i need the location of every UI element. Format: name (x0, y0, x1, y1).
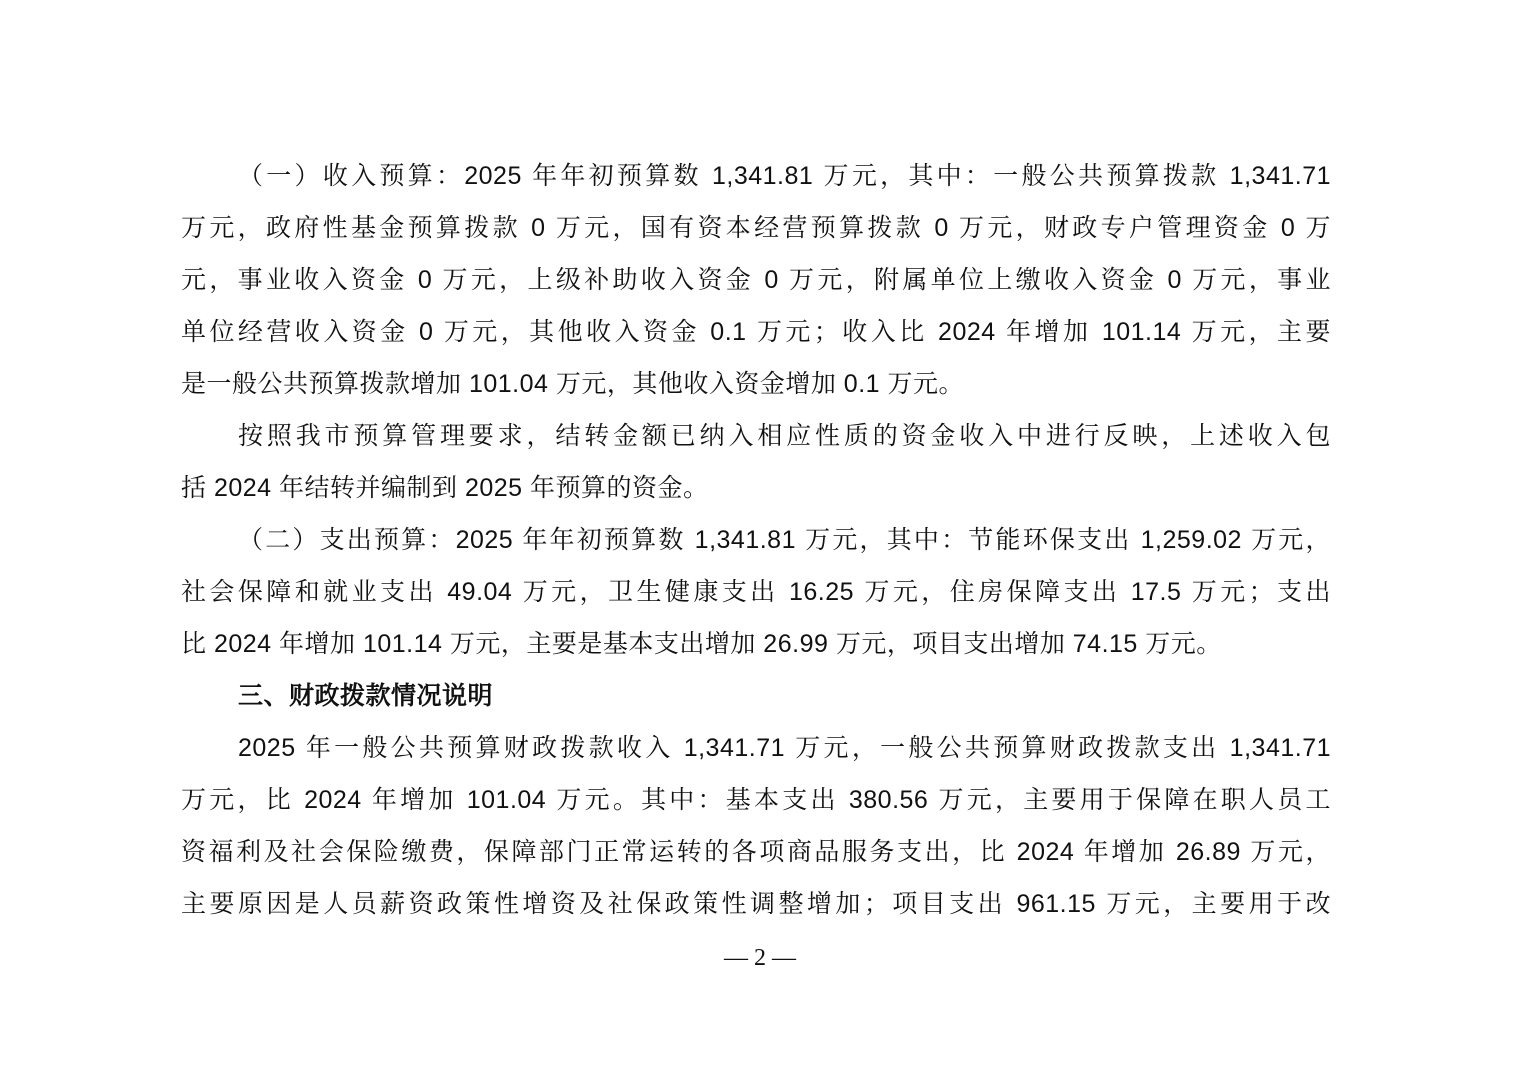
text-line: （二）支出预算：2025 年年初预算数 1,341.81 万元，其中：节能环保支… (238, 520, 1331, 560)
text-line: 括 2024 年结转并编制到 2025 年预算的资金。 (181, 468, 1331, 508)
page-number: — 2 — (0, 940, 1520, 976)
text-line: （一）收入预算：2025 年年初预算数 1,341.81 万元，其中：一般公共预… (238, 156, 1331, 196)
text-line: 比 2024 年增加 101.14 万元，主要是基本支出增加 26.99 万元，… (181, 624, 1331, 664)
text-line: 社会保障和就业支出 49.04 万元，卫生健康支出 16.25 万元，住房保障支… (181, 572, 1331, 612)
text-line: 主要原因是人员薪资政策性增资及社保政策性调整增加；项目支出 961.15 万元，… (181, 884, 1331, 924)
text-line: 单位经营收入资金 0 万元，其他收入资金 0.1 万元；收入比 2024 年增加… (181, 312, 1331, 352)
text-line: 万元，政府性基金预算拨款 0 万元，国有资本经营预算拨款 0 万元，财政专户管理… (181, 208, 1331, 248)
document-page: （一）收入预算：2025 年年初预算数 1,341.81 万元，其中：一般公共预… (0, 0, 1520, 1074)
text-line: 2025 年一般公共预算财政拨款收入 1,341.71 万元，一般公共预算财政拨… (238, 728, 1331, 768)
text-line: 万元，比 2024 年增加 101.04 万元。其中：基本支出 380.56 万… (181, 780, 1331, 820)
section-heading: 三、财政拨款情况说明 (238, 676, 1331, 716)
text-line: 是一般公共预算拨款增加 101.04 万元，其他收入资金增加 0.1 万元。 (181, 364, 1331, 404)
text-line: 元，事业收入资金 0 万元，上级补助收入资金 0 万元，附属单位上缴收入资金 0… (181, 260, 1331, 300)
text-line: 资福利及社会保险缴费，保障部门正常运转的各项商品服务支出，比 2024 年增加 … (181, 832, 1331, 872)
text-line: 按照我市预算管理要求，结转金额已纳入相应性质的资金收入中进行反映，上述收入包 (238, 416, 1331, 456)
